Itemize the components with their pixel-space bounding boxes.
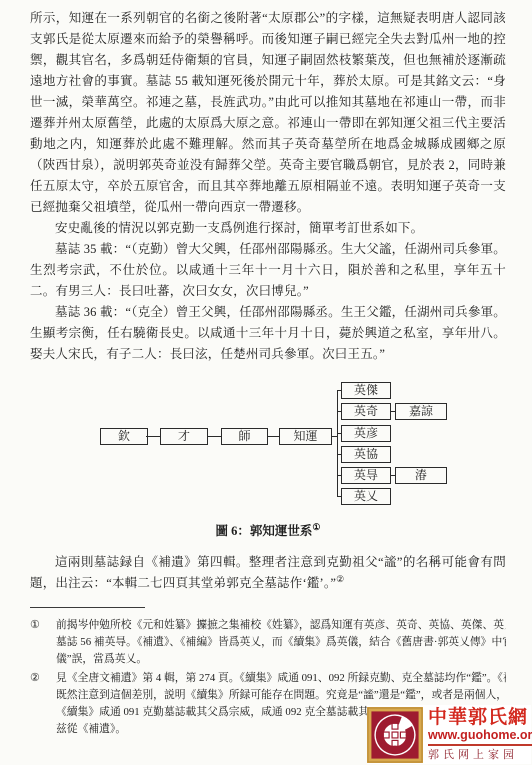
footnote-separator bbox=[30, 607, 145, 608]
figure-caption-footnote-marker: ① bbox=[312, 522, 320, 532]
tree-node-grandson-2: 湷 bbox=[395, 467, 447, 484]
tree-trunk-line bbox=[337, 390, 338, 497]
guo-clan-emblem-icon bbox=[367, 707, 423, 763]
figure-caption: 圖 6：郭知運世系① bbox=[30, 523, 506, 540]
body-paragraph-5: 這兩則墓誌録自《補遺》第四輯。整理者注意到克勤祖父“謐”的名稱可能會有問題，出注… bbox=[30, 552, 506, 594]
tree-node-gen3: 師 bbox=[221, 428, 268, 445]
footnote-2-marker-inline: ② bbox=[336, 574, 344, 584]
tree-connector-line bbox=[267, 436, 279, 437]
footnote-1: ① 前揭岑仲勉所校《元和姓纂》攈摭之集補校《姓纂》，認爲知運有英彦、英奇、英協、… bbox=[30, 617, 506, 668]
tree-node-son-3: 英彦 bbox=[341, 425, 391, 442]
footnote-line: 見《全唐文補遺》第 4 輯，第 274 頁。《續集》咸通 091、092 所録克… bbox=[56, 670, 506, 687]
body-paragraph-1: 所示，知運在一系列朝官的名銜之後附著“太原郡公”的字樣，這無疑表明唐人認同該支郭… bbox=[30, 8, 506, 218]
page-content: 所示，知運在一系列朝官的名銜之後附著“太原郡公”的字樣，這無疑表明唐人認同該支郭… bbox=[30, 8, 506, 738]
footnote-line: 儀”誤，當爲英乂。 bbox=[56, 651, 506, 668]
genealogy-tree-figure: 欽 才 師 知運 英傑 英奇 英彦 英協 英㝵 英乂 嘉諒 湷 bbox=[30, 375, 506, 515]
body-paragraph-4: 墓誌 36 載：“（克全）曾王父興，任邵州邵陽縣丞。生王父鑑，任湖州司兵參軍。生… bbox=[30, 302, 506, 365]
tree-node-grandson-1: 嘉諒 bbox=[395, 403, 447, 420]
tree-node-son-5: 英㝵 bbox=[341, 467, 391, 484]
tree-node-gen1: 欽 bbox=[100, 428, 148, 445]
watermark-site-url: www.guohome.org bbox=[428, 728, 532, 746]
footnote-line: 既然注意到這個差別，説明《續集》所録可能存在問題。究竟是“謐”還是“鑑”，或者是… bbox=[56, 687, 506, 704]
tree-node-son-1: 英傑 bbox=[341, 382, 391, 399]
tree-node-gen2: 才 bbox=[160, 428, 208, 445]
tree-connector-line bbox=[146, 436, 160, 437]
watermark-text-block: 中華郭氏網 www.guohome.org 郭氏网上家园 bbox=[428, 707, 532, 763]
body-paragraph-5-text: 這兩則墓誌録自《補遺》第四輯。整理者注意到克勤祖父“謐”的名稱可能會有問題，出注… bbox=[30, 555, 506, 590]
footnote-line: 墓誌 56 補英㝵。《補遺》、《補編》皆爲英乂，而《續集》爲英儀，結合《舊唐書·… bbox=[56, 634, 506, 651]
body-paragraph-2: 安史亂後的情況以郭克勤一支爲例進行探討，簡單考訂世系如下。 bbox=[30, 218, 506, 239]
watermark-site-name: 中華郭氏網 bbox=[428, 707, 528, 728]
figure-caption-text: 圖 6：郭知運世系 bbox=[216, 524, 313, 538]
footnote-1-marker: ① bbox=[30, 617, 56, 668]
tree-node-son-2: 英奇 bbox=[341, 403, 391, 420]
footnote-2-marker: ② bbox=[30, 670, 56, 738]
tree-node-zhiyun: 知運 bbox=[279, 428, 332, 445]
tree-node-son-4: 英協 bbox=[341, 446, 391, 463]
tree-node-son-6: 英乂 bbox=[341, 488, 391, 505]
site-watermark: 中華郭氏網 www.guohome.org 郭氏网上家园 bbox=[367, 705, 531, 764]
watermark-tagline: 郭氏网上家园 bbox=[428, 748, 518, 763]
tree-connector-line bbox=[207, 436, 221, 437]
footnote-line: 前揭岑仲勉所校《元和姓纂》攈摭之集補校《姓纂》，認爲知運有英彦、英奇、英協、英傑… bbox=[56, 617, 506, 634]
footnote-1-text: 前揭岑仲勉所校《元和姓纂》攈摭之集補校《姓纂》，認爲知運有英彦、英奇、英協、英傑… bbox=[56, 617, 506, 668]
body-paragraph-3: 墓誌 35 載：“（克勤）曾大父興，任邵州邵陽縣丞。生大父謐，任湖州司兵參軍。生… bbox=[30, 239, 506, 302]
